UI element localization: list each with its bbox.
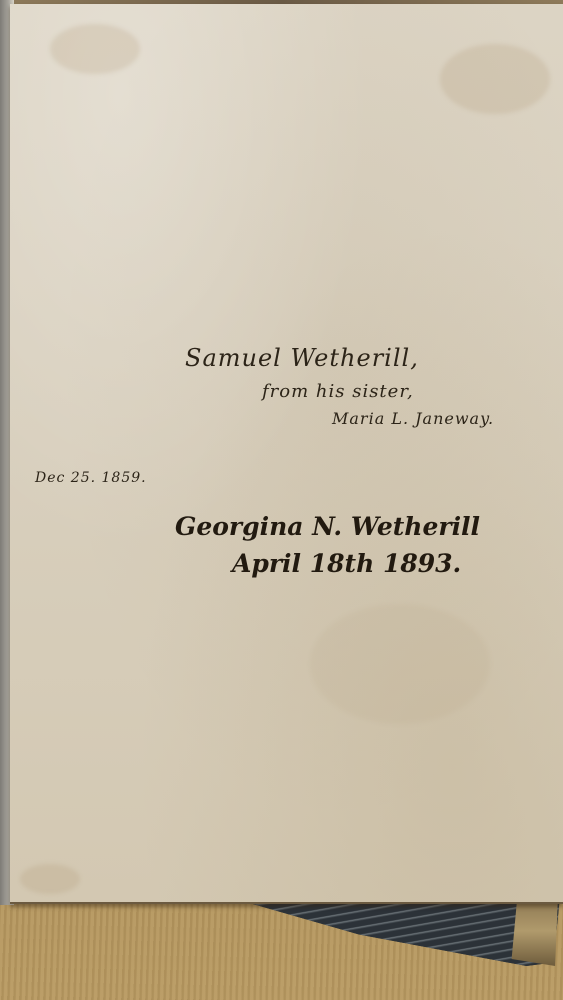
paper-stain bbox=[440, 44, 550, 114]
paper-stain bbox=[310, 604, 490, 724]
paper-stain bbox=[50, 24, 140, 74]
paper-stain bbox=[20, 864, 80, 894]
dedication-recipient: Samuel Wetherill, bbox=[185, 344, 419, 372]
owner-name: Georgina N. Wetherill bbox=[175, 512, 480, 541]
dedication-relation: from his sister, bbox=[262, 381, 414, 402]
owner-date: April 18th 1893. bbox=[232, 549, 461, 578]
dedication-date: Dec 25. 1859. bbox=[35, 470, 147, 486]
flyleaf-page: Samuel Wetherill, from his sister, Maria… bbox=[10, 4, 563, 904]
dedication-signature: Maria L. Janeway. bbox=[332, 409, 494, 428]
